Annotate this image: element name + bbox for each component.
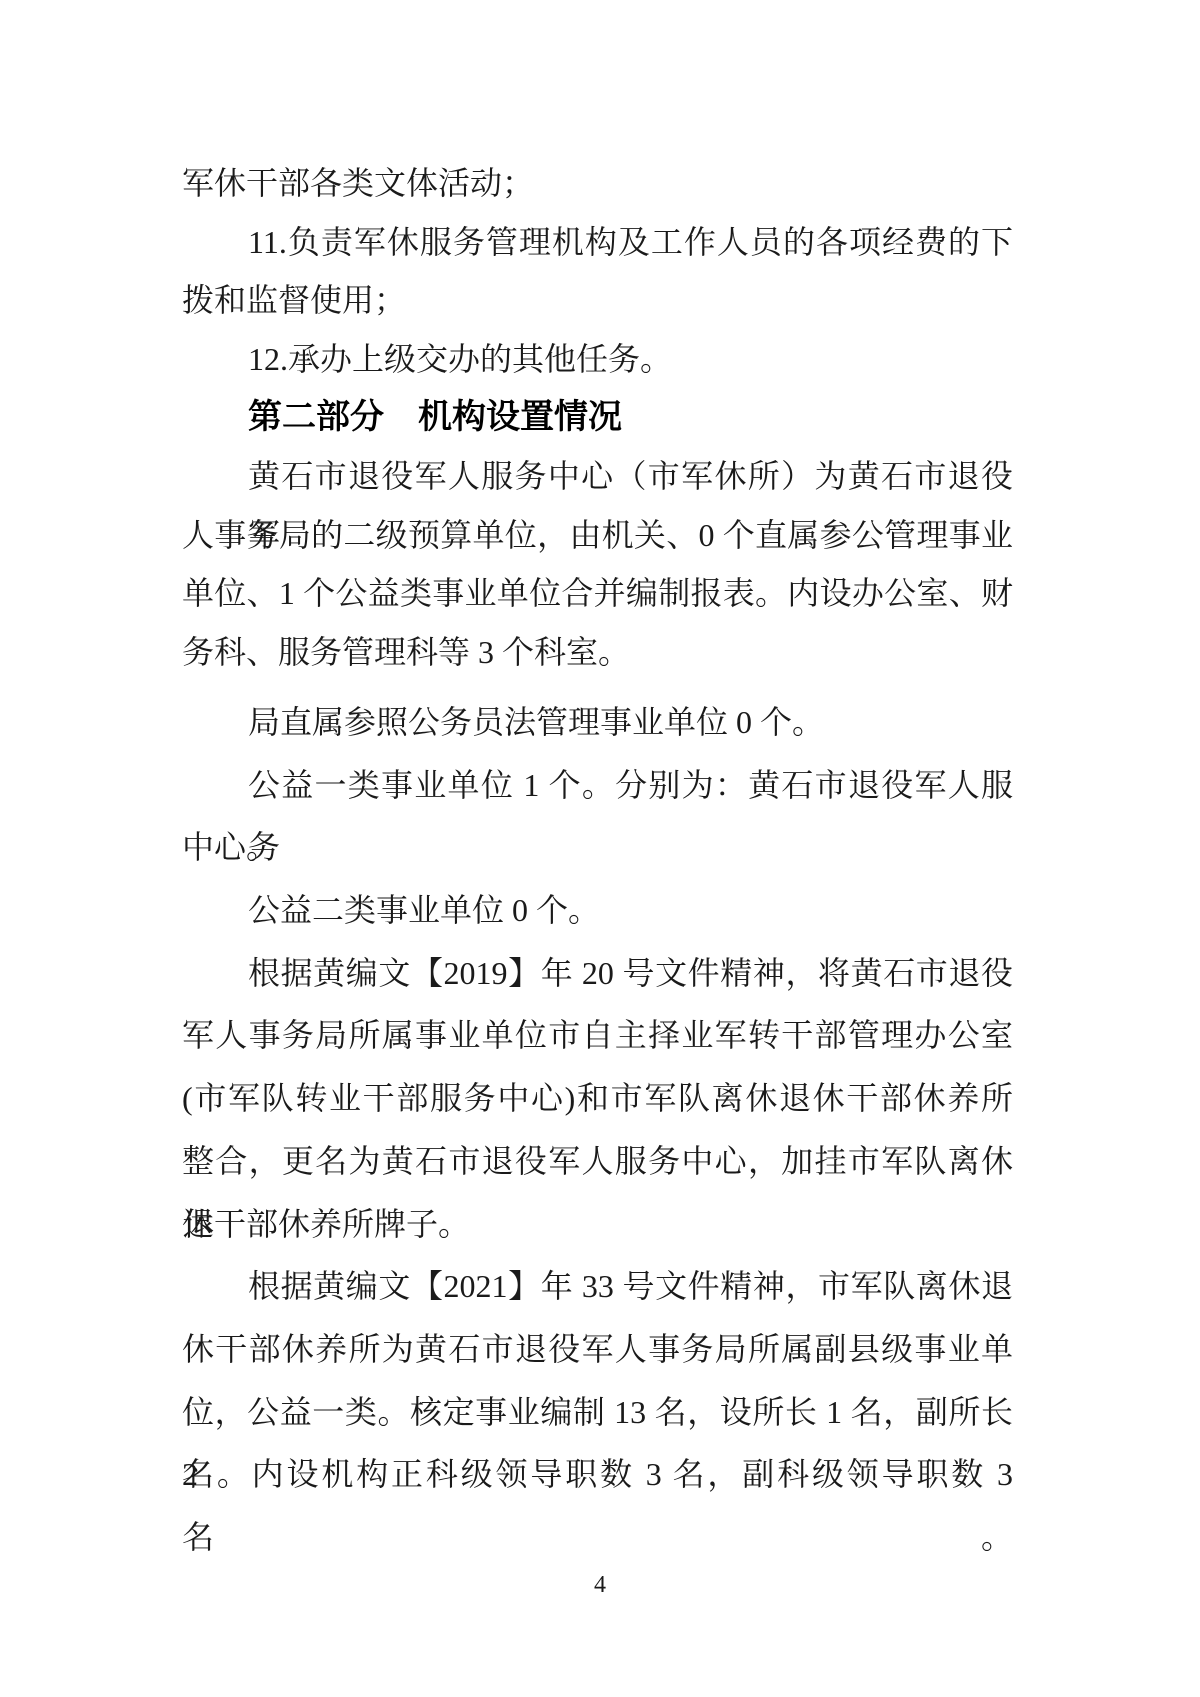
document-page: 军休干部各类文体活动； 11.负责军休服务管理机构及工作人员的各项经费的下 拨和…	[0, 0, 1200, 1697]
body-text-line: 单位、1 个公益类事业单位合并编制报表。内设办公室、财	[182, 564, 1013, 623]
page-number: 4	[0, 1572, 1200, 1599]
body-text-line: 局直属参照公务员法管理事业单位 0 个。	[182, 691, 1013, 754]
body-text-line: 公益一类事业单位 1 个。分别为：黄石市退役军人服务	[182, 754, 1013, 817]
body-text-line: 务科、服务管理科等 3 个科室。	[182, 623, 1013, 682]
text-block-lower: 局直属参照公务员法管理事业单位 0 个。 公益一类事业单位 1 个。分别为：黄石…	[182, 691, 1013, 1506]
body-text-line: 军人事务局所属事业单位市自主择业军转干部管理办公室	[182, 1004, 1013, 1067]
body-text-line: 12.承办上级交办的其他任务。	[182, 330, 1013, 389]
body-text-line: 中心。	[182, 816, 1013, 879]
text-block-upper: 军休干部各类文体活动； 11.负责军休服务管理机构及工作人员的各项经费的下 拨和…	[182, 154, 1013, 681]
body-text-line: 名。内设机构正科级领导职数 3 名，副科级领导职数 3 名。	[182, 1443, 1013, 1506]
body-text-line: 位，公益一类。核定事业编制 13 名，设所长 1 名，副所长 2	[182, 1381, 1013, 1444]
body-text-line: 根据黄编文【2019】年 20 号文件精神，将黄石市退役	[182, 942, 1013, 1005]
body-text-line: 人事务局的二级预算单位，由机关、0 个直属参公管理事业	[182, 506, 1013, 565]
body-text-line: 军休干部各类文体活动；	[182, 154, 1013, 213]
body-text-line: 黄石市退役军人服务中心（市军休所）为黄石市退役军	[182, 447, 1013, 506]
body-text-line: 整合，更名为黄石市退役军人服务中心，加挂市军队离休退	[182, 1130, 1013, 1193]
section-heading: 第二部分 机构设置情况	[182, 388, 1013, 447]
body-text-line: 休干部休养所牌子。	[182, 1193, 1013, 1256]
body-text-line: 根据黄编文【2021】年 33 号文件精神，市军队离休退	[182, 1255, 1013, 1318]
body-text-line: 11.负责军休服务管理机构及工作人员的各项经费的下	[182, 213, 1013, 272]
body-text-line: (市军队转业干部服务中心)和市军队离休退休干部休养所	[182, 1067, 1013, 1130]
body-text-line: 拨和监督使用；	[182, 271, 1013, 330]
body-text-line: 休干部休养所为黄石市退役军人事务局所属副县级事业单	[182, 1318, 1013, 1381]
body-text-line: 公益二类事业单位 0 个。	[182, 879, 1013, 942]
